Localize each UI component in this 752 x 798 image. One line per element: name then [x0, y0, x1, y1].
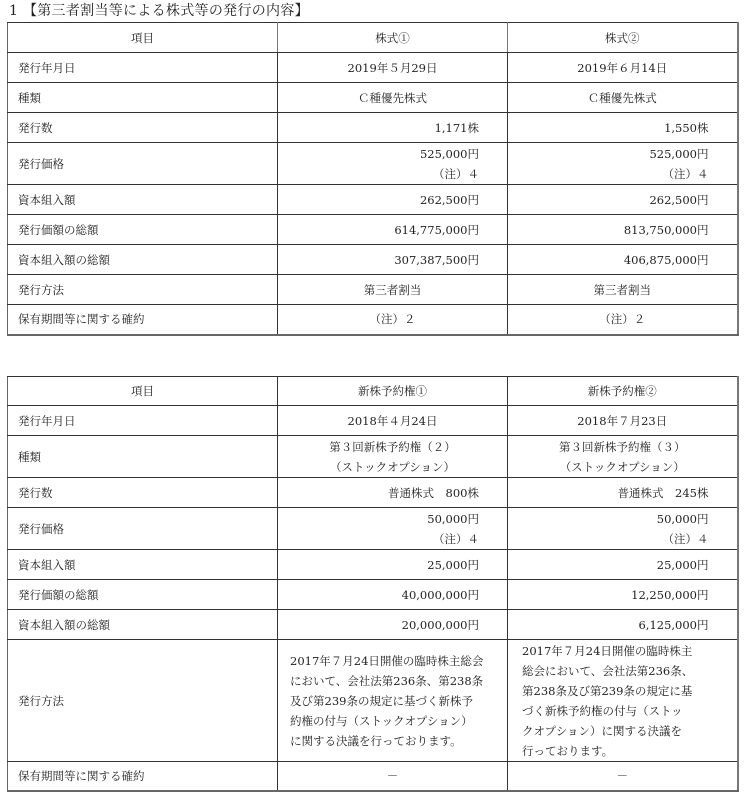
text-line: 第238条及び第239条の規定に基 — [522, 681, 727, 701]
cell-value: 6,125,000円 — [508, 610, 738, 640]
cell-value: 第三者割当 — [278, 275, 508, 305]
row-label: 種類 — [8, 436, 278, 478]
row-label: 発行年月日 — [8, 406, 278, 436]
price-value: 525,000円 — [288, 144, 479, 164]
cell-value: 2018年７月23日 — [508, 406, 738, 436]
cell-value: － — [278, 762, 508, 791]
cell-value: 1,171株 — [278, 113, 508, 143]
row-label: 種類 — [8, 83, 278, 113]
option-subtype: （ストックオプション） — [288, 457, 497, 477]
row-label: 資本組入額 — [8, 550, 278, 580]
text-line: づく新株予約権の付与（ストッ — [522, 701, 727, 721]
table-row: 発行方法 第三者割当 第三者割当 — [8, 275, 738, 305]
table-row: 保有期間等に関する確約 － － — [8, 762, 738, 791]
option-type: 第３回新株予約権（３） — [518, 437, 727, 457]
row-label: 発行価格 — [8, 143, 278, 185]
header-option-1: 新株予約権① — [278, 377, 508, 406]
row-label: 資本組入額の総額 — [8, 245, 278, 275]
header-stock-2: 株式② — [508, 23, 738, 53]
cell-value: 1,550株 — [508, 113, 738, 143]
option-type: 第３回新株予約権（２） — [288, 437, 497, 457]
cell-value: 813,750,000円 — [508, 215, 738, 245]
cell-value: 307,387,500円 — [278, 245, 508, 275]
cell-value: Ｃ種優先株式 — [278, 83, 508, 113]
text-line: 約権の付与（ストックオプション） — [290, 711, 499, 731]
text-line: において、会社法第236条、第238条 — [290, 671, 499, 691]
header-option-2: 新株予約権② — [508, 377, 738, 406]
text-line: 2017年７月24日開催の臨時株主 — [522, 641, 727, 661]
cell-value: 525,000円 （注）４ — [508, 143, 738, 185]
table-header-row: 項目 新株予約権① 新株予約権② — [8, 377, 738, 406]
table-row: 資本組入額の総額 307,387,500円 406,875,000円 — [8, 245, 738, 275]
header-item: 項目 — [8, 377, 278, 406]
table-row: 種類 第３回新株予約権（２） （ストックオプション） 第３回新株予約権（３） （… — [8, 436, 738, 478]
row-label: 保有期間等に関する確約 — [8, 305, 278, 335]
cell-value: 2019年６月14日 — [508, 53, 738, 83]
text-line: 2017年７月24日開催の臨時株主総会 — [290, 651, 499, 671]
table-row: 資本組入額 25,000円 25,000円 — [8, 550, 738, 580]
table-row: 発行方法 2017年７月24日開催の臨時株主総会 において、会社法第236条、第… — [8, 640, 738, 762]
cell-value: 525,000円 （注）４ — [278, 143, 508, 185]
row-label: 発行数 — [8, 478, 278, 508]
cell-value: 12,250,000円 — [508, 580, 738, 610]
note-reference: （注）４ — [518, 529, 709, 549]
cell-value: （注）２ — [278, 305, 508, 335]
row-label: 発行価格 — [8, 508, 278, 550]
cell-value: 50,000円 （注）４ — [508, 508, 738, 550]
section-title: 1 【第三者割当等による株式等の発行の内容】 — [9, 1, 309, 21]
table-row: 発行価格 525,000円 （注）４ 525,000円 （注）４ — [8, 143, 738, 185]
stock-option-table: 項目 新株予約権① 新株予約権② 発行年月日 2018年４月24日 2018年７… — [7, 376, 739, 792]
text-line: 及び第239条の規定に基づく新株予 — [290, 691, 499, 711]
price-value: 525,000円 — [518, 144, 709, 164]
cell-value: 第３回新株予約権（３） （ストックオプション） — [508, 436, 738, 478]
header-stock-1: 株式① — [278, 23, 508, 53]
note-reference: （注）４ — [288, 529, 479, 549]
table-row: 発行数 1,171株 1,550株 — [8, 113, 738, 143]
cell-value: 25,000円 — [278, 550, 508, 580]
cell-value: Ｃ種優先株式 — [508, 83, 738, 113]
row-label: 発行方法 — [8, 275, 278, 305]
cell-value: 25,000円 — [508, 550, 738, 580]
row-label: 資本組入額 — [8, 185, 278, 215]
text-line: 行っております。 — [522, 741, 727, 761]
text-line: 総会において、会社法第236条、 — [522, 661, 727, 681]
issuance-method-text: 2017年７月24日開催の臨時株主 総会において、会社法第236条、 第238条… — [508, 640, 738, 762]
note-reference: （注）４ — [518, 164, 709, 184]
table-row: 保有期間等に関する確約 （注）２ （注）２ — [8, 305, 738, 335]
cell-value: 2019年５月29日 — [278, 53, 508, 83]
stock-issuance-table: 項目 株式① 株式② 発行年月日 2019年５月29日 2019年６月14日 種… — [7, 22, 739, 336]
row-label: 資本組入額の総額 — [8, 610, 278, 640]
option-subtype: （ストックオプション） — [518, 457, 727, 477]
header-item: 項目 — [8, 23, 278, 53]
text-line: に関する決議を行っております。 — [290, 731, 499, 751]
cell-value: 40,000,000円 — [278, 580, 508, 610]
cell-value: 第三者割当 — [508, 275, 738, 305]
row-label: 保有期間等に関する確約 — [8, 762, 278, 791]
table-row: 発行価額の総額 614,775,000円 813,750,000円 — [8, 215, 738, 245]
table-row: 発行年月日 2018年４月24日 2018年７月23日 — [8, 406, 738, 436]
note-reference: （注）４ — [288, 164, 479, 184]
issuance-method-text: 2017年７月24日開催の臨時株主総会 において、会社法第236条、第238条 … — [278, 640, 508, 762]
cell-value: 50,000円 （注）４ — [278, 508, 508, 550]
table-header-row: 項目 株式① 株式② — [8, 23, 738, 53]
table-row: 資本組入額 262,500円 262,500円 — [8, 185, 738, 215]
cell-value: 普通株式 245株 — [508, 478, 738, 508]
cell-value: 262,500円 — [278, 185, 508, 215]
cell-value: 20,000,000円 — [278, 610, 508, 640]
table-row: 発行年月日 2019年５月29日 2019年６月14日 — [8, 53, 738, 83]
cell-value: 第３回新株予約権（２） （ストックオプション） — [278, 436, 508, 478]
row-label: 発行方法 — [8, 640, 278, 762]
table-row: 種類 Ｃ種優先株式 Ｃ種優先株式 — [8, 83, 738, 113]
cell-value: 2018年４月24日 — [278, 406, 508, 436]
text-line: クオプション）に関する決議を — [522, 721, 727, 741]
row-label: 発行価額の総額 — [8, 580, 278, 610]
row-label: 発行価額の総額 — [8, 215, 278, 245]
cell-value: － — [508, 762, 738, 791]
cell-value: 普通株式 800株 — [278, 478, 508, 508]
price-value: 50,000円 — [518, 509, 709, 529]
table-row: 発行価額の総額 40,000,000円 12,250,000円 — [8, 580, 738, 610]
table-row: 発行数 普通株式 800株 普通株式 245株 — [8, 478, 738, 508]
cell-value: 406,875,000円 — [508, 245, 738, 275]
cell-value: 262,500円 — [508, 185, 738, 215]
row-label: 発行数 — [8, 113, 278, 143]
price-value: 50,000円 — [288, 509, 479, 529]
cell-value: 614,775,000円 — [278, 215, 508, 245]
table-row: 資本組入額の総額 20,000,000円 6,125,000円 — [8, 610, 738, 640]
cell-value: （注）２ — [508, 305, 738, 335]
table-row: 発行価格 50,000円 （注）４ 50,000円 （注）４ — [8, 508, 738, 550]
row-label: 発行年月日 — [8, 53, 278, 83]
